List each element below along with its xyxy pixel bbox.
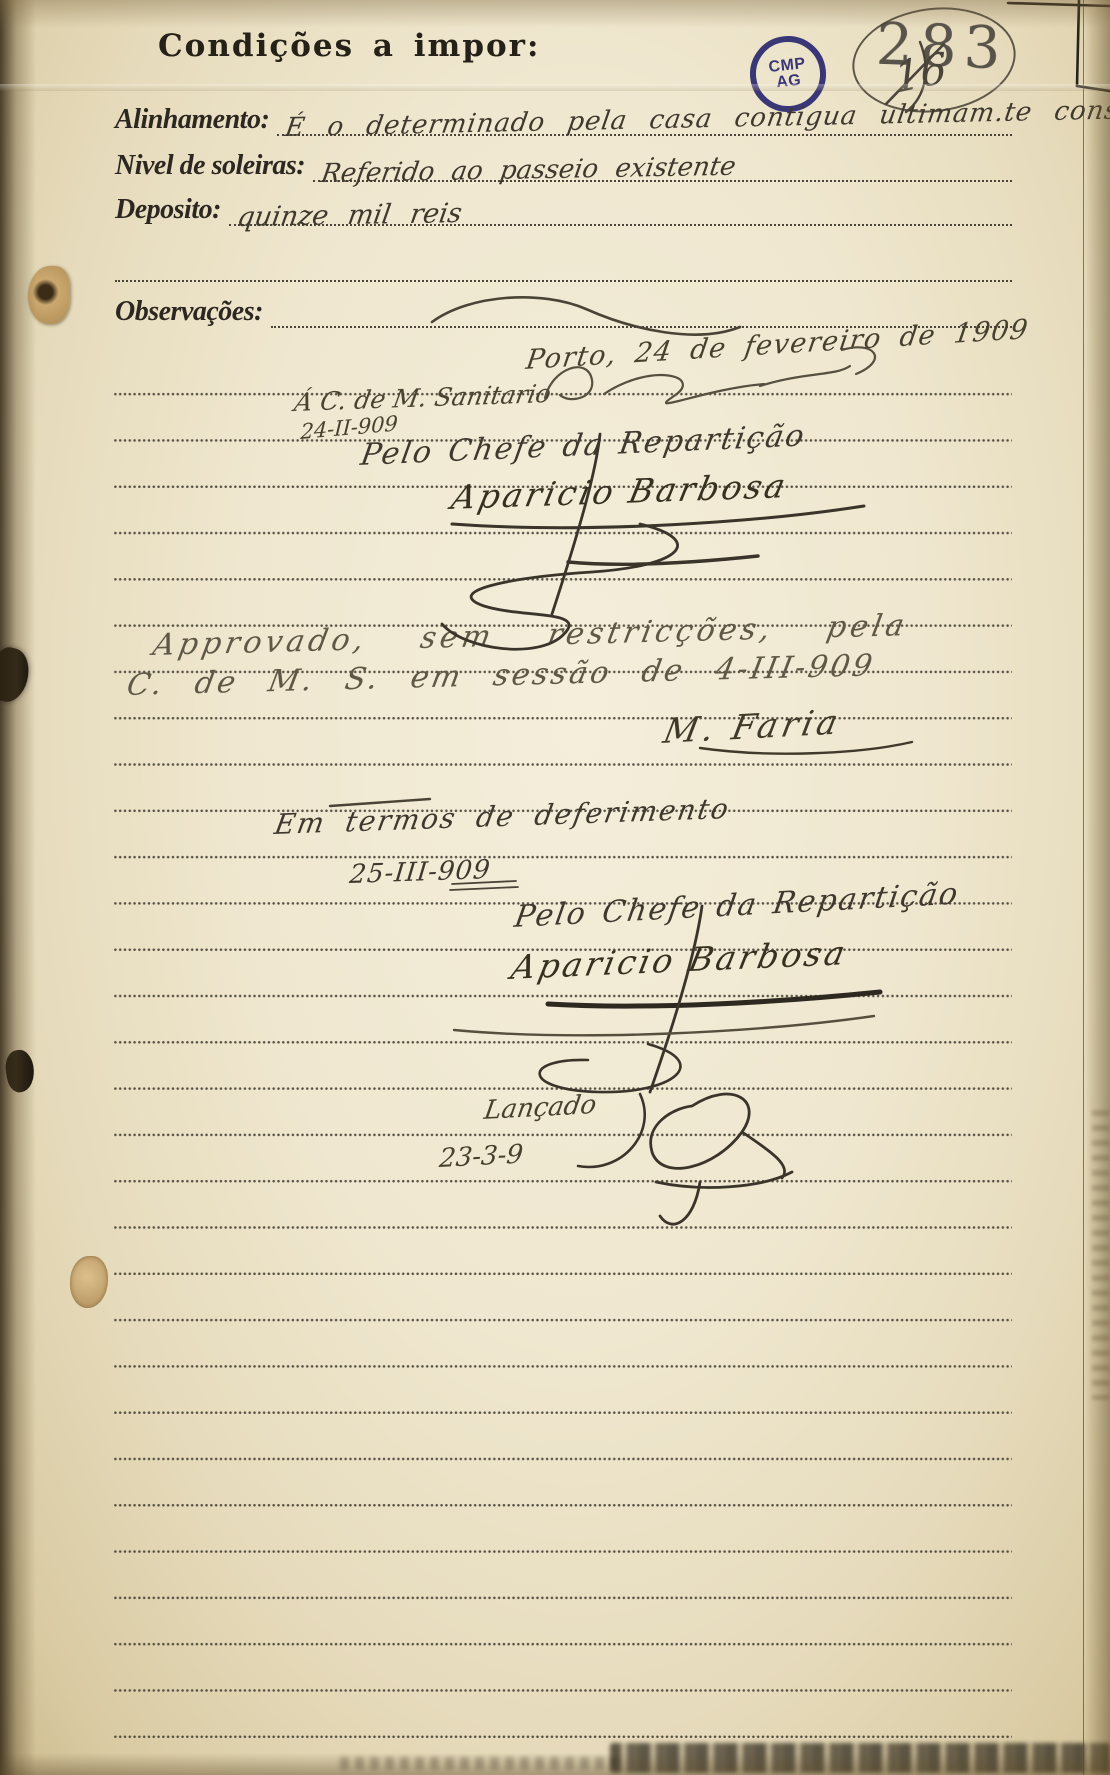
ruled-lines-area xyxy=(113,350,1012,1774)
field-deposito-label: Deposito: xyxy=(115,194,229,226)
field-deposito-value: quinze mil reis xyxy=(235,198,464,233)
right-page-edge xyxy=(1083,0,1110,1775)
left-gutter-shadow xyxy=(0,0,36,1775)
handwritten-lancado: Lançado xyxy=(482,1090,599,1126)
bottom-edge-shadow xyxy=(0,1753,1110,1775)
field-alinhamento-line: É o determinado pela casa contigua ultim… xyxy=(277,94,1012,136)
paper-chip-stain-bottom xyxy=(70,1256,108,1308)
field-alinhamento: Alinhamento: É o determinado pela casa c… xyxy=(115,96,1012,136)
blank-dotted-line-fill xyxy=(115,244,1012,282)
field-alinhamento-label: Alinhamento: xyxy=(115,104,277,136)
document-page: Condições a impor: CMP AG 283 16 Alinham… xyxy=(0,0,1110,1775)
field-alinhamento-value: É o determinado pela casa contigua ultim… xyxy=(283,94,1110,143)
page-title: Condições a impor: xyxy=(158,28,540,64)
blank-dotted-line xyxy=(115,246,1012,282)
horizontal-crease xyxy=(0,84,1110,91)
field-observacoes-label: Observações: xyxy=(115,296,271,328)
field-deposito-line: quinze mil reis xyxy=(229,184,1012,226)
field-deposito: Deposito: quinze mil reis xyxy=(115,186,1012,226)
field-observacoes: Observações: xyxy=(115,288,1012,328)
field-nivel-line: Referido ao passeio existente xyxy=(313,140,1012,182)
top-edge-shadow xyxy=(0,0,1110,28)
handwritten-deferimento-date: 25-III-909 xyxy=(348,855,492,890)
field-nivel-label: Nivel de soleiras: xyxy=(115,150,313,182)
handwritten-lancado-date: 23-3-9 xyxy=(438,1139,524,1174)
field-nivel: Nivel de soleiras: Referido ao passeio e… xyxy=(115,142,1012,182)
